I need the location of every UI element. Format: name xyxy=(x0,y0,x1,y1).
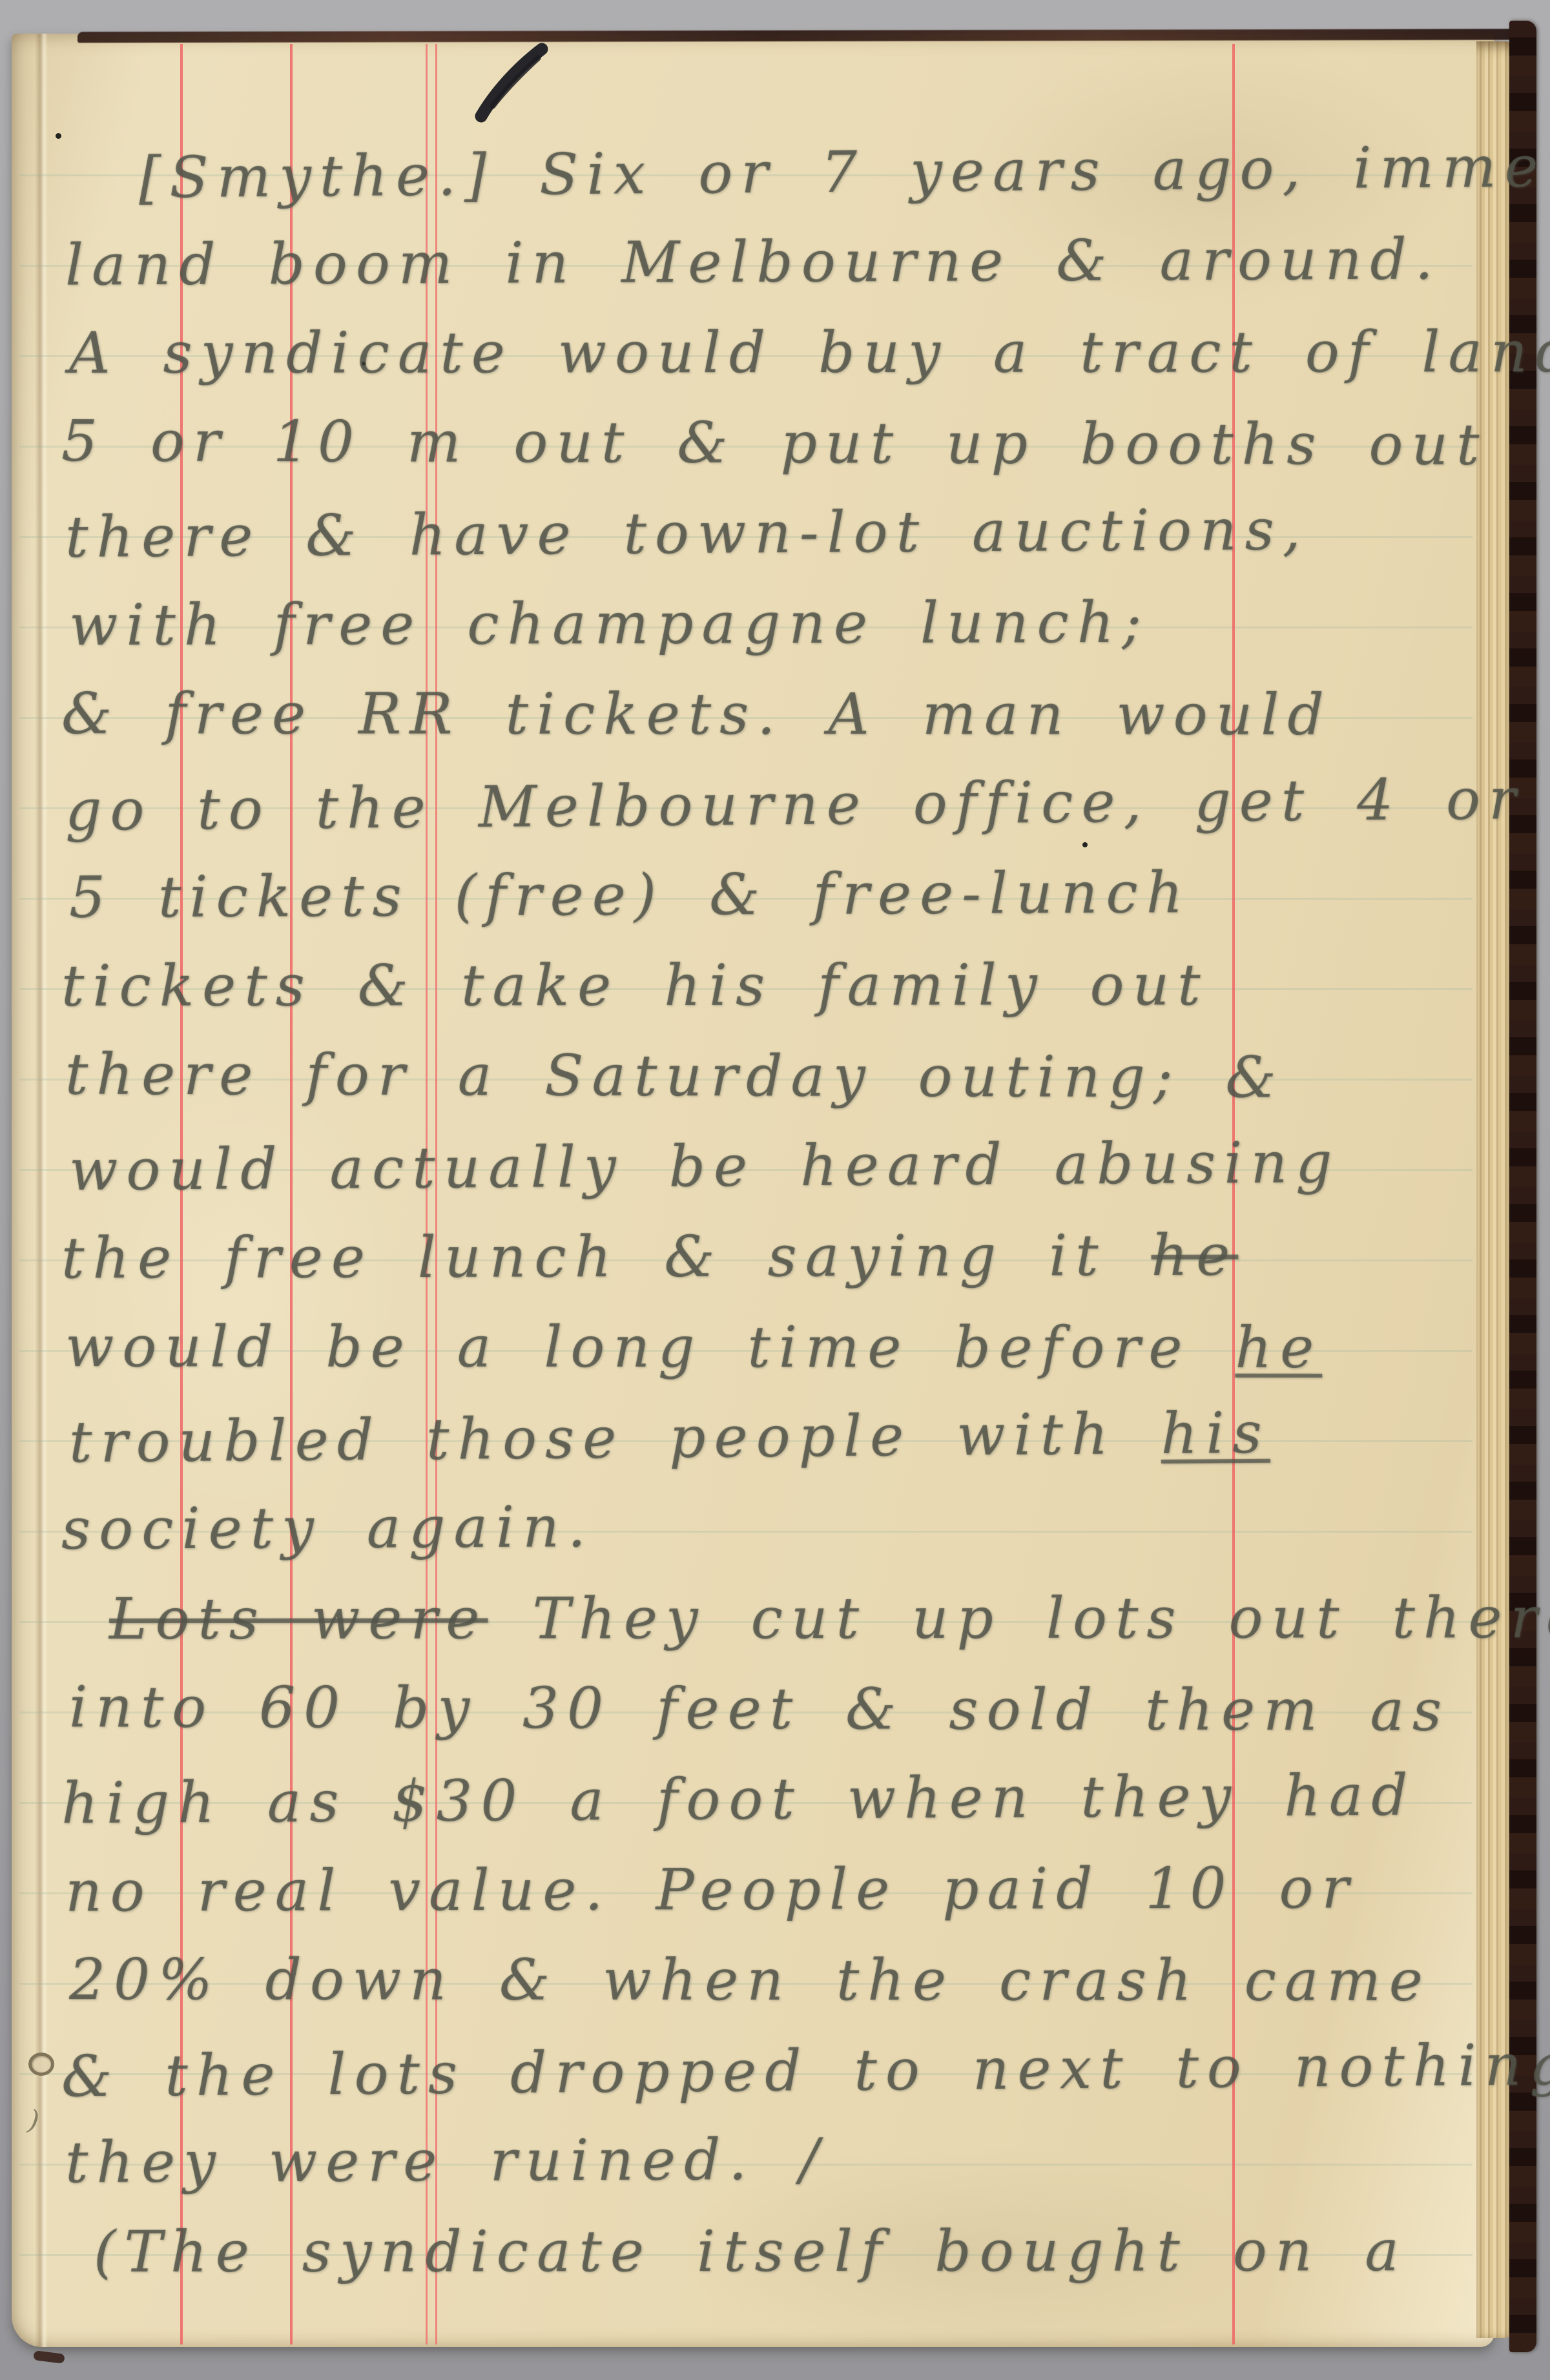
handwriting-segment: troubled those people with xyxy=(69,1400,1161,1475)
handwriting-segment: he xyxy=(1235,1314,1322,1381)
handwriting-line-2: land boom in Melbourne & around. xyxy=(65,231,1441,293)
handwriting-segment: he xyxy=(1151,1222,1238,1288)
ink-speck xyxy=(56,133,61,139)
handwriting-segment: & the lots dropped to next to nothing, xyxy=(61,2031,1550,2110)
handwriting-segment: [Smythe.] Six or 7 years ago, immense xyxy=(139,132,1550,211)
handwriting-line-4: 5 or 10 m out & put up booths out xyxy=(61,413,1488,473)
handwriting-segment: go to the Melbourne office, get 4 or xyxy=(65,765,1525,843)
handwriting-line-10: tickets & take his family out xyxy=(61,957,1209,1015)
handwriting-segment: 5 or 10 m out & put up booths out xyxy=(61,408,1488,478)
handwriting-segment: no real value. People paid 10 or xyxy=(65,1854,1358,1924)
handwriting-line-9: 5 tickets (free) & free-lunch xyxy=(69,864,1192,926)
ink-speck xyxy=(362,362,366,366)
handwriting-line-17: Lots were They cut up lots out there xyxy=(109,1589,1550,1648)
handwriting-segment: They cut up lots out there xyxy=(488,1584,1550,1651)
handwriting-segment: there for a Saturday outing; & xyxy=(65,1041,1285,1111)
handwriting-segment: into 60 by 30 feet & sold them as xyxy=(69,1673,1450,1744)
handwriting-segment: his xyxy=(1161,1400,1270,1467)
handwriting-line-16: society again. xyxy=(61,1498,594,1558)
handwriting-segment: would actually be heard abusing xyxy=(69,1129,1341,1203)
handwriting-line-15: troubled those people with his xyxy=(69,1405,1270,1471)
handwriting-segment: the free lunch & saying it xyxy=(61,1222,1152,1291)
handwriting-segment: (The syndicate itself bought on a xyxy=(94,2217,1407,2285)
handwriting-line-3: A syndicate would buy a tract of land xyxy=(69,324,1550,382)
handwriting-line-8: go to the Melbourne office, get 4 or xyxy=(65,771,1525,839)
handwriting-segment: would be a long time before xyxy=(65,1313,1235,1381)
handwriting-line-1: [Smythe.] Six or 7 years ago, immense xyxy=(139,138,1550,207)
handwriting-line-19: high as $30 a foot when they had xyxy=(61,1767,1416,1832)
handwriting-line-22: & the lots dropped to next to nothing, xyxy=(61,2036,1550,2106)
handwriting-line-13: the free lunch & saying it he xyxy=(61,1227,1239,1287)
page-fore-edge-stack xyxy=(1476,41,1511,2338)
handwriting-segment: Lots were xyxy=(109,1585,488,1652)
handwriting-line-14: would be a long time before he xyxy=(65,1318,1322,1376)
handwriting-segment: tickets & take his family out xyxy=(61,951,1209,1019)
handwriting-line-6: with free champagne lunch; xyxy=(69,594,1150,654)
ink-speck xyxy=(1082,842,1088,847)
handwriting-line-12: would actually be heard abusing xyxy=(69,1134,1341,1199)
handwriting-segment: & free RR tickets. A man would xyxy=(61,680,1332,748)
handwriting-segment: they were ruined. / xyxy=(65,2126,827,2195)
handwriting-segment: there & have town-lot auctions, xyxy=(65,496,1309,570)
handwriting-line-5: there & have town-lot auctions, xyxy=(65,501,1309,566)
handwriting-line-20: no real value. People paid 10 or xyxy=(65,1859,1358,1920)
handwriting-line-18: into 60 by 30 feet & sold them as xyxy=(69,1679,1450,1739)
handwriting-line-11: there for a Saturday outing; & xyxy=(65,1046,1285,1106)
handwriting-segment: society again. xyxy=(61,1493,594,1562)
ink-stroke-mark xyxy=(473,43,557,127)
handwriting-line-24: (The syndicate itself bought on a xyxy=(94,2222,1407,2281)
scanned-notebook-page: [Smythe.] Six or 7 years ago, immenselan… xyxy=(0,0,1550,2380)
handwriting-segment: 20% down & when the crash came xyxy=(69,1946,1431,2014)
page-gutter-crease xyxy=(35,34,48,2347)
handwriting-segment: land boom in Melbourne & around. xyxy=(65,225,1441,298)
handwriting-segment: with free champagne lunch; xyxy=(69,589,1150,658)
handwriting-segment: 5 tickets (free) & free-lunch xyxy=(69,859,1192,931)
handwriting-line-7: & free RR tickets. A man would xyxy=(61,685,1332,743)
handwriting-segment: high as $30 a foot when they had xyxy=(61,1762,1416,1837)
handwriting-line-21: 20% down & when the crash came xyxy=(69,1951,1431,2009)
handwriting-line-23: they were ruined. / xyxy=(65,2131,827,2191)
handwriting-segment: A syndicate would buy a tract of land xyxy=(69,318,1550,386)
binding-debris xyxy=(33,2350,65,2364)
margin-hole-mark xyxy=(28,2053,54,2076)
